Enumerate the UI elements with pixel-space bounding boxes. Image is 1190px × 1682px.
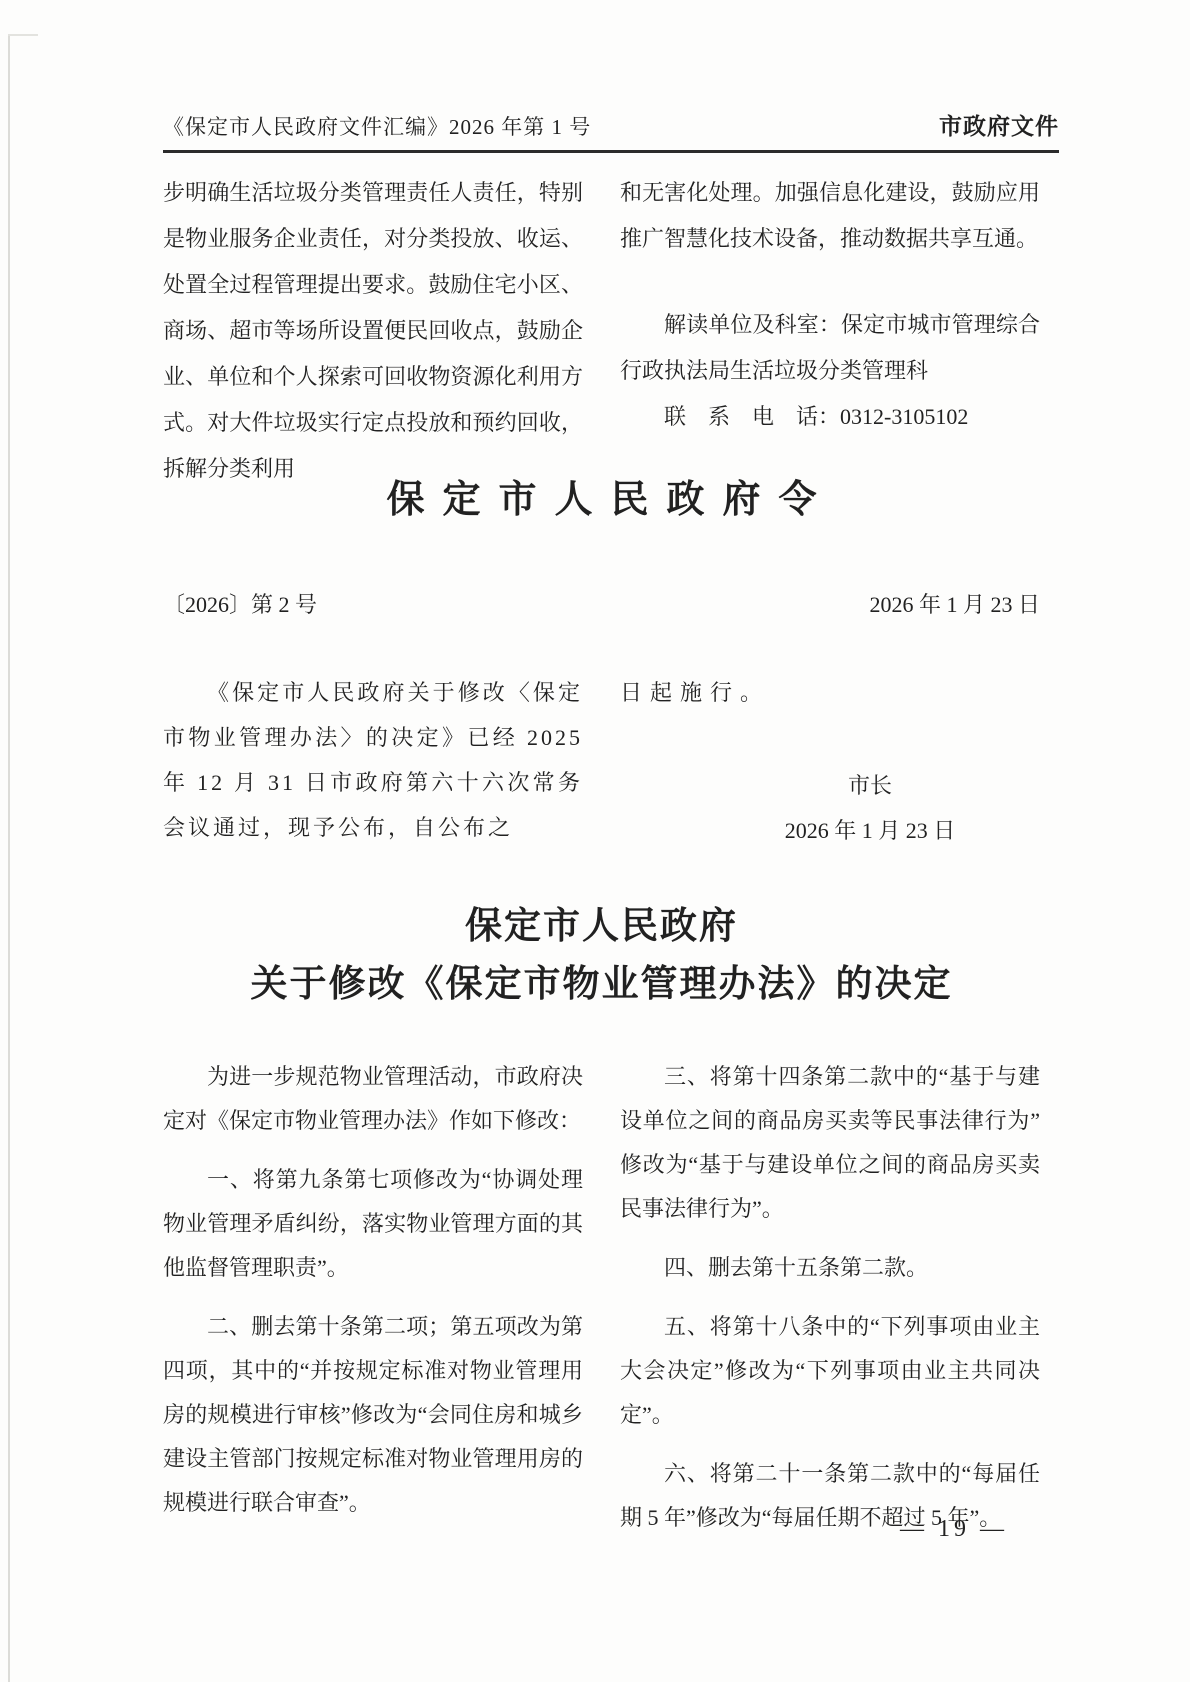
signature-block: 市长 2026 年 1 月 23 日: [620, 763, 1040, 853]
decision-left-column: 为进一步规范物业管理活动，市政府决定对《保定市物业管理办法》作如下修改： 一、将…: [163, 1055, 583, 1540]
order-body-section: 《保定市人民政府关于修改〈保定市物业管理办法〉的决定》已经 2025 年 12 …: [163, 670, 1040, 853]
signer-title: 市长: [700, 763, 1040, 808]
body-paragraph: 和无害化处理。加强信息化建设，鼓励应用推广智慧化技术设备，推动数据共享互通。: [620, 170, 1040, 262]
page-number: — 19 —: [163, 1516, 1040, 1543]
order-meta-row: 〔2026〕第 2 号 2026 年 1 月 23 日: [163, 590, 1040, 620]
top-article-left-column: 步明确生活垃圾分类管理责任人责任，特别是物业服务企业责任，对分类投放、收运、处置…: [163, 170, 583, 492]
order-right-column: 日起施行。 市长 2026 年 1 月 23 日: [620, 670, 1040, 853]
decision-title-line2: 关于修改《保定市物业管理办法》的决定: [163, 955, 1040, 1013]
order-body-continuation: 日起施行。: [620, 670, 1040, 715]
decision-right-column: 三、将第十四条第二款中的“基于与建设单位之间的商品房买卖等民事法律行为”修改为“…: [620, 1055, 1040, 1540]
scan-edge-top: [8, 34, 38, 36]
gazette-volume-label: 《保定市人民政府文件汇编》2026 年第 1 号: [163, 111, 591, 141]
scan-edge-left: [8, 36, 10, 1682]
decision-title-line1: 保定市人民政府: [163, 897, 1040, 955]
signature-date: 2026 年 1 月 23 日: [700, 808, 1040, 853]
decision-item-2: 二、删去第十条第二项；第五项改为第四项，其中的“并按规定标准对物业管理用房的规模…: [163, 1305, 583, 1525]
order-left-column: 《保定市人民政府关于修改〈保定市物业管理办法〉的决定》已经 2025 年 12 …: [163, 670, 583, 853]
decision-intro-paragraph: 为进一步规范物业管理活动，市政府决定对《保定市物业管理办法》作如下修改：: [163, 1055, 583, 1143]
decision-title: 保定市人民政府 关于修改《保定市物业管理办法》的决定: [163, 897, 1040, 1013]
document-category-label: 市政府文件: [939, 108, 1059, 141]
page-header: 《保定市人民政府文件汇编》2026 年第 1 号 市政府文件: [163, 108, 1059, 153]
decision-body-section: 为进一步规范物业管理活动，市政府决定对《保定市物业管理办法》作如下修改： 一、将…: [163, 1055, 1040, 1540]
order-number: 〔2026〕第 2 号: [163, 590, 317, 620]
decision-item-4: 四、删去第十五条第二款。: [620, 1246, 1040, 1290]
document-page: 《保定市人民政府文件汇编》2026 年第 1 号 市政府文件 步明确生活垃圾分类…: [0, 0, 1190, 1682]
order-title: 保定市人民政府令: [163, 478, 1040, 522]
body-paragraph: 步明确生活垃圾分类管理责任人责任，特别是物业服务企业责任，对分类投放、收运、处置…: [163, 170, 583, 492]
order-body-paragraph: 《保定市人民政府关于修改〈保定市物业管理办法〉的决定》已经 2025 年 12 …: [163, 670, 583, 850]
top-article-right-column: 和无害化处理。加强信息化建设，鼓励应用推广智慧化技术设备，推动数据共享互通。 解…: [620, 170, 1040, 492]
contact-phone-line: 联 系 电 话：0312-3105102: [620, 394, 1040, 440]
order-date: 2026 年 1 月 23 日: [869, 590, 1040, 620]
decision-item-3: 三、将第十四条第二款中的“基于与建设单位之间的商品房买卖等民事法律行为”修改为“…: [620, 1055, 1040, 1231]
top-article-section: 步明确生活垃圾分类管理责任人责任，特别是物业服务企业责任，对分类投放、收运、处置…: [163, 170, 1040, 492]
decision-item-5: 五、将第十八条中的“下列事项由业主大会决定”修改为“下列事项由业主共同决定”。: [620, 1305, 1040, 1437]
decision-item-1: 一、将第九条第七项修改为“协调处理物业管理矛盾纠纷，落实物业管理方面的其他监督管…: [163, 1158, 583, 1290]
interpretation-unit-line: 解读单位及科室：保定市城市管理综合行政执法局生活垃圾分类管理科: [620, 302, 1040, 394]
